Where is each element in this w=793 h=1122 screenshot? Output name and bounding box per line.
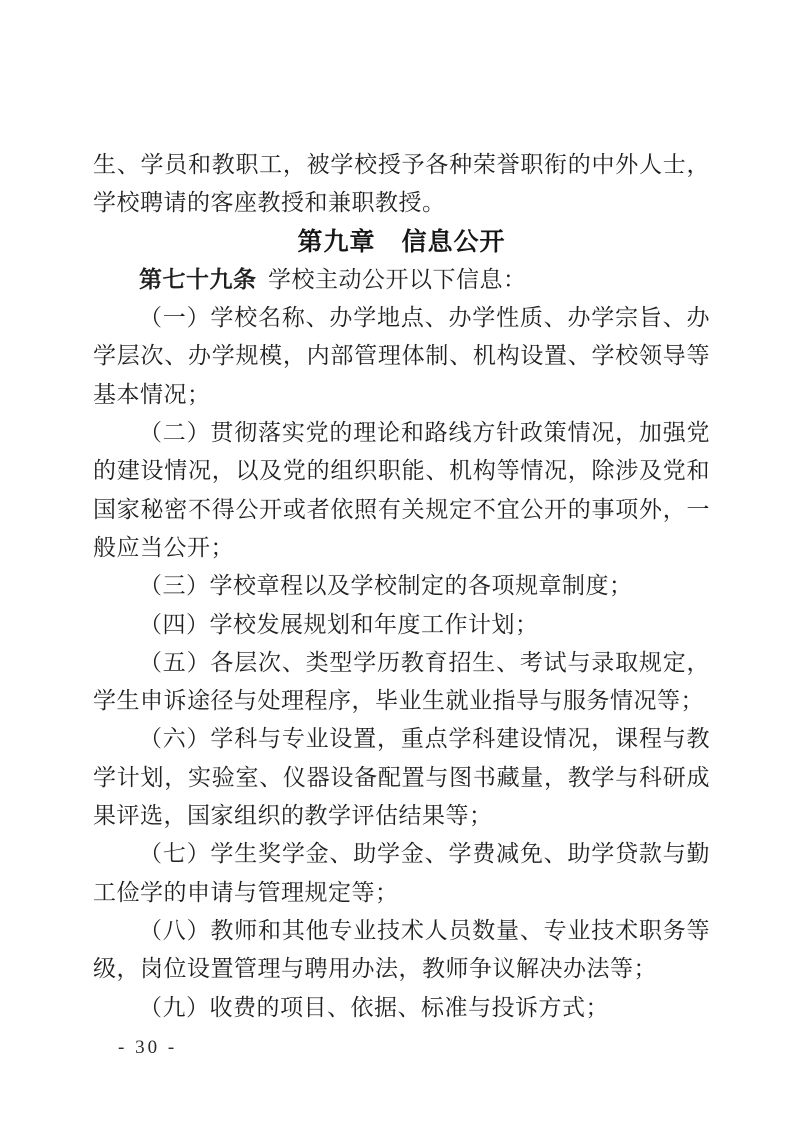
clause-item: （六）学科与专业设置，重点学科建设情况，课程与教学计划，实验室、仪器设备配置与图…: [93, 720, 710, 835]
clause-item: （八）教师和其他专业技术人员数量、专业技术职务等级，岗位设置管理与聘用办法，教师…: [93, 912, 710, 989]
clause-item: （四）学校发展规划和年度工作计划；: [93, 606, 710, 644]
clause-item: （三）学校章程以及学校制定的各项规章制度；: [93, 567, 710, 605]
clause-number: 第七十九条: [139, 267, 257, 292]
page-number: - 30 -: [118, 1036, 177, 1060]
clause-item: （一）学校名称、办学地点、办学性质、办学宗旨、办学层次、办学规模，内部管理体制、…: [93, 299, 710, 414]
clause-text: 学校主动公开以下信息：: [268, 267, 527, 292]
clause-item: （五）各层次、类型学历教育招生、考试与录取规定，学生申诉途径与处理程序，毕业生就…: [93, 644, 710, 721]
clause-item: （二）贯彻落实党的理论和路线方针政策情况，加强党的建设情况，以及党的组织职能、机…: [93, 414, 710, 567]
clause-paragraph: 第七十九条学校主动公开以下信息：: [93, 261, 710, 299]
intro-continuation-paragraph: 生、学员和教职工，被学校授予各种荣誉职衔的中外人士，学校聘请的客座教授和兼职教授…: [93, 146, 710, 223]
chapter-heading: 第九章 信息公开: [93, 223, 710, 261]
clause-item-list: （一）学校名称、办学地点、办学性质、办学宗旨、办学层次、办学规模，内部管理体制、…: [93, 299, 710, 1027]
clause-item: （七）学生奖学金、助学金、学费减免、助学贷款与勤工俭学的申请与管理规定等；: [93, 835, 710, 912]
document-page: 生、学员和教职工，被学校授予各种荣誉职衔的中外人士，学校聘请的客座教授和兼职教授…: [0, 0, 793, 1122]
clause-item: （九）收费的项目、依据、标准与投诉方式；: [93, 989, 710, 1027]
document-body: 生、学员和教职工，被学校授予各种荣誉职衔的中外人士，学校聘请的客座教授和兼职教授…: [93, 146, 710, 1027]
